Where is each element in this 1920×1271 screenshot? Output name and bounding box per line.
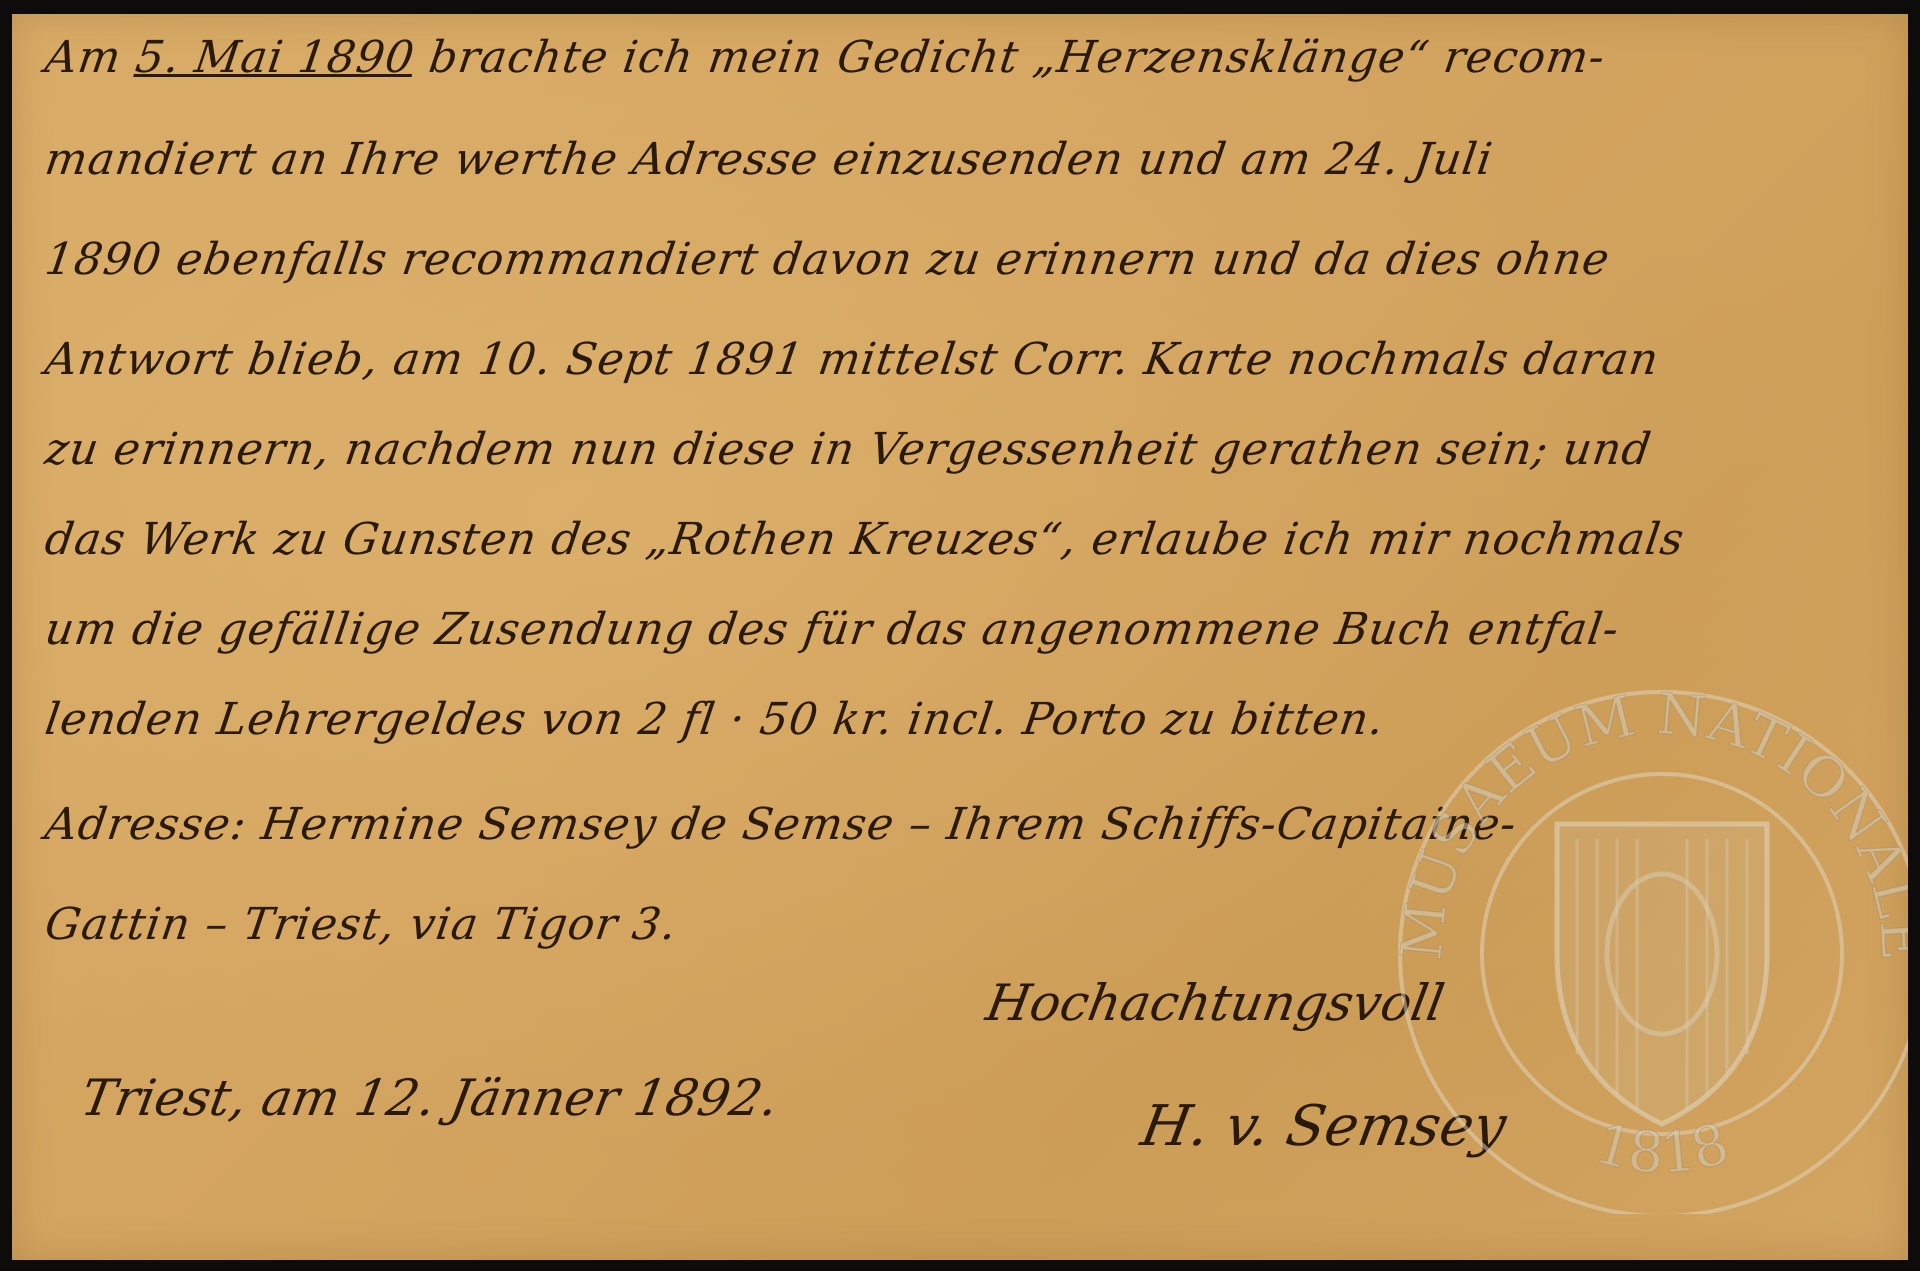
- line-1-prefix: Am: [42, 32, 140, 83]
- signature: H. v. Semsey: [1136, 1094, 1511, 1159]
- text-line-5: zu erinnern, nachdem nun diese in Verges…: [42, 424, 1655, 475]
- address-line: Adresse: Hermine Semsey de Semse – Ihrem…: [42, 799, 1520, 850]
- underlined-date: 5. Mai 1890: [132, 32, 417, 83]
- text-line-7: um die gefällige Zusendung des für das a…: [42, 604, 1622, 655]
- text-line-4: Antwort blieb, am 10. Sept 1891 mittelst…: [42, 334, 1662, 385]
- place-and-date: Triest, am 12. Jänner 1892.: [77, 1069, 783, 1127]
- text-line-1: Am 5. Mai 1890 brachte ich mein Gedicht …: [42, 32, 1608, 83]
- postcard: Am 5. Mai 1890 brachte ich mein Gedicht …: [12, 14, 1908, 1260]
- text-line-8: lenden Lehrergeldes von 2 fl · 50 kr. in…: [42, 694, 1388, 745]
- text-line-3: 1890 ebenfalls recommandiert davon zu er…: [42, 234, 1613, 285]
- text-line-6: das Werk zu Gunsten des „Rothen Kreuzes“…: [42, 514, 1688, 565]
- address-line-2: Gattin – Triest, via Tigor 3.: [42, 899, 680, 950]
- closing-salutation: Hochachtungsvoll: [982, 974, 1449, 1032]
- text-line-2: mandiert an Ihre werthe Adresse einzusen…: [42, 134, 1496, 185]
- seal-year: 1818: [1588, 1111, 1735, 1187]
- line-1-suffix: brachte ich mein Gedicht „Herzensklänge“…: [411, 32, 1609, 83]
